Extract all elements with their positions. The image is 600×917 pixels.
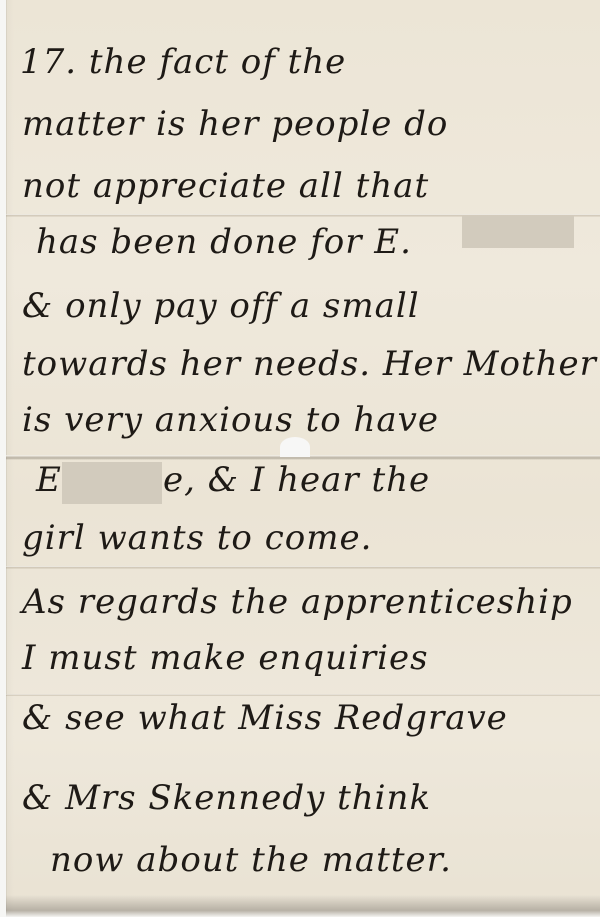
handwritten-line: 17. the fact of the [20, 40, 590, 84]
handwritten-line: not appreciate all that [22, 164, 590, 208]
handwritten-line: & see what Miss Redgrave [22, 696, 590, 740]
handwritten-line: now about the matter. [50, 838, 590, 882]
fold-crease [6, 566, 600, 569]
letter-page: 17. the fact of the matter is her people… [0, 0, 600, 917]
handwritten-line: girl wants to come. [22, 516, 590, 560]
handwritten-line: As regards the apprenticeship [22, 580, 590, 624]
handwritten-line: matter is her people do [22, 102, 590, 146]
redacted-name [462, 216, 574, 248]
page-bottom-edge [6, 895, 600, 917]
redacted-name [62, 462, 162, 504]
handwritten-line: I must make enquiries [22, 636, 590, 680]
handwritten-line: & only pay off a small [22, 284, 590, 328]
handwritten-line: is very anxious to have [22, 398, 590, 442]
handwritten-line: & Mrs Skennedy think [22, 776, 590, 820]
handwritten-line: towards her needs. Her Mother [22, 342, 590, 386]
